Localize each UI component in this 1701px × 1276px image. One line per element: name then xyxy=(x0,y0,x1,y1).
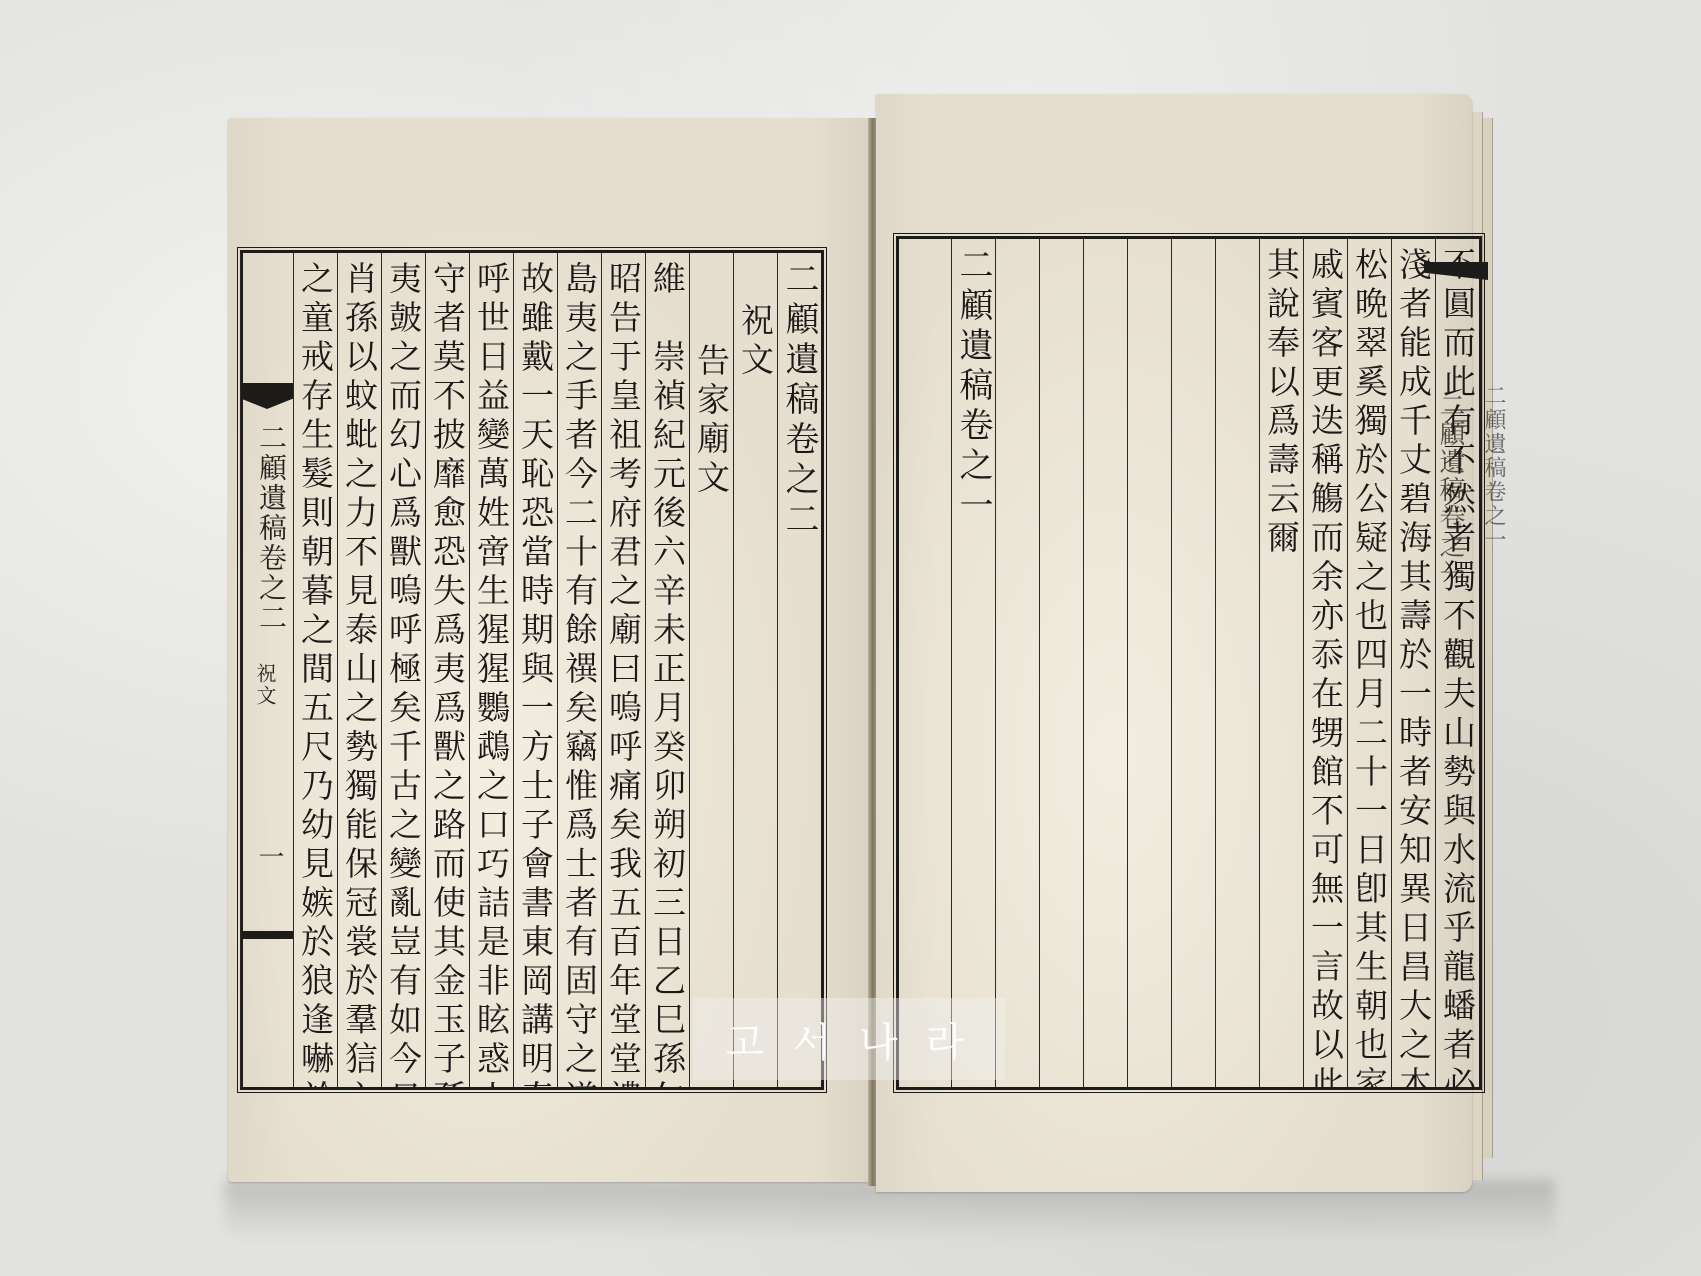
gutter-section: 祝文 xyxy=(251,663,280,707)
blank-column xyxy=(1083,239,1127,1087)
text-column: 不圓而此有不然者獨不觀夫山勢與水流乎龍蟠者必起揷天峻嶺湍 xyxy=(1435,239,1479,1087)
blank-column xyxy=(1171,239,1215,1087)
text-column: 告家廟文 xyxy=(689,253,733,1087)
text-column: 松晩翠奚獨於公疑之也四月二十一日卽其生朝也家人設酌飾喜親 xyxy=(1347,239,1391,1087)
gutter-page-number: 一 xyxy=(251,843,288,871)
blank-column xyxy=(1039,239,1083,1087)
text-column: 之童戒存生髮則朝暮之間五尺乃幼見嫉於狼逢嚇於鴟豈不爲痛哭 xyxy=(293,253,337,1087)
fishtail-mark-icon xyxy=(241,383,293,409)
volume-title-column: 二顧遺稿卷之一 xyxy=(951,239,995,1087)
text-column: 夷皷之而幻心爲獸嗚呼極矣千古之變亂豈有如今日之甚者乎惟不 xyxy=(381,253,425,1087)
text-column: 其說奉以爲壽云爾 xyxy=(1259,239,1303,1087)
text-column: 二顧遺稿卷之二 xyxy=(777,253,821,1087)
gutter-title: 二顧遺稿卷之二 xyxy=(251,423,291,633)
text-column: 島夷之手者今二十有餘禩矣竊惟爲士者有固守之道而無可死之義 xyxy=(557,253,601,1087)
edge-gutter-title: 二顧遺稿卷之一 xyxy=(1432,392,1469,588)
text-column: 守者莫不披靡愈恐失爲夷爲獸之路而使其金玉子孫勸之而變貌爲 xyxy=(425,253,469,1087)
text-column: 祝文 xyxy=(733,253,777,1087)
text-column: 維 崇禎紀元後六辛未正月癸卯朔初三日乙巳孫仁鉉改名百鍊敢 xyxy=(645,253,689,1087)
text-column: 故雖戴一天恥恐當時期與一方士子會書東岡講明春秋之大義矣嗚 xyxy=(513,253,557,1087)
blank-column xyxy=(1127,239,1171,1087)
left-page-text-frame: 二顧遺稿卷之二 祝文 告家廟文 維 崇禎紀元後六辛未正月癸卯朔初三日乙巳孫仁鉉改… xyxy=(240,250,824,1090)
text-column: 淺者能成千丈碧海其壽於一時者安知異日昌大之本乎園花早萎澗 xyxy=(1391,239,1435,1087)
fishtail-bar-icon xyxy=(241,931,293,939)
blank-column xyxy=(995,239,1039,1087)
watermark: 고서나라 xyxy=(693,998,1005,1080)
text-column: 昭告于皇祖考府君之廟曰嗚呼痛矣我五百年堂堂禮義之族勒籍於 xyxy=(601,253,645,1087)
edge-gutter-title: 二顧遺稿卷之一 xyxy=(1478,384,1509,552)
right-page-text-frame: 不圓而此有不然者獨不觀夫山勢與水流乎龍蟠者必起揷天峻嶺湍 淺者能成千丈碧海其壽於… xyxy=(896,236,1482,1090)
text-column: 呼世日益變萬姓啻生猩猩鸚鵡之口巧詰是非眩惑人心則雖自云吾 xyxy=(469,253,513,1087)
text-column: 戚賓客更迭稱觴而余亦忝在甥館不可無一言故以此颾言于衆且叙 xyxy=(1303,239,1347,1087)
blank-column xyxy=(1215,239,1259,1087)
text-column: 肖孫以蚊蚍之力不見泰山之勢獨能保冠裳於羣狺之中而又使未成 xyxy=(337,253,381,1087)
page-gutter-panxin: 二顧遺稿卷之二 祝文 一 xyxy=(240,253,293,1087)
